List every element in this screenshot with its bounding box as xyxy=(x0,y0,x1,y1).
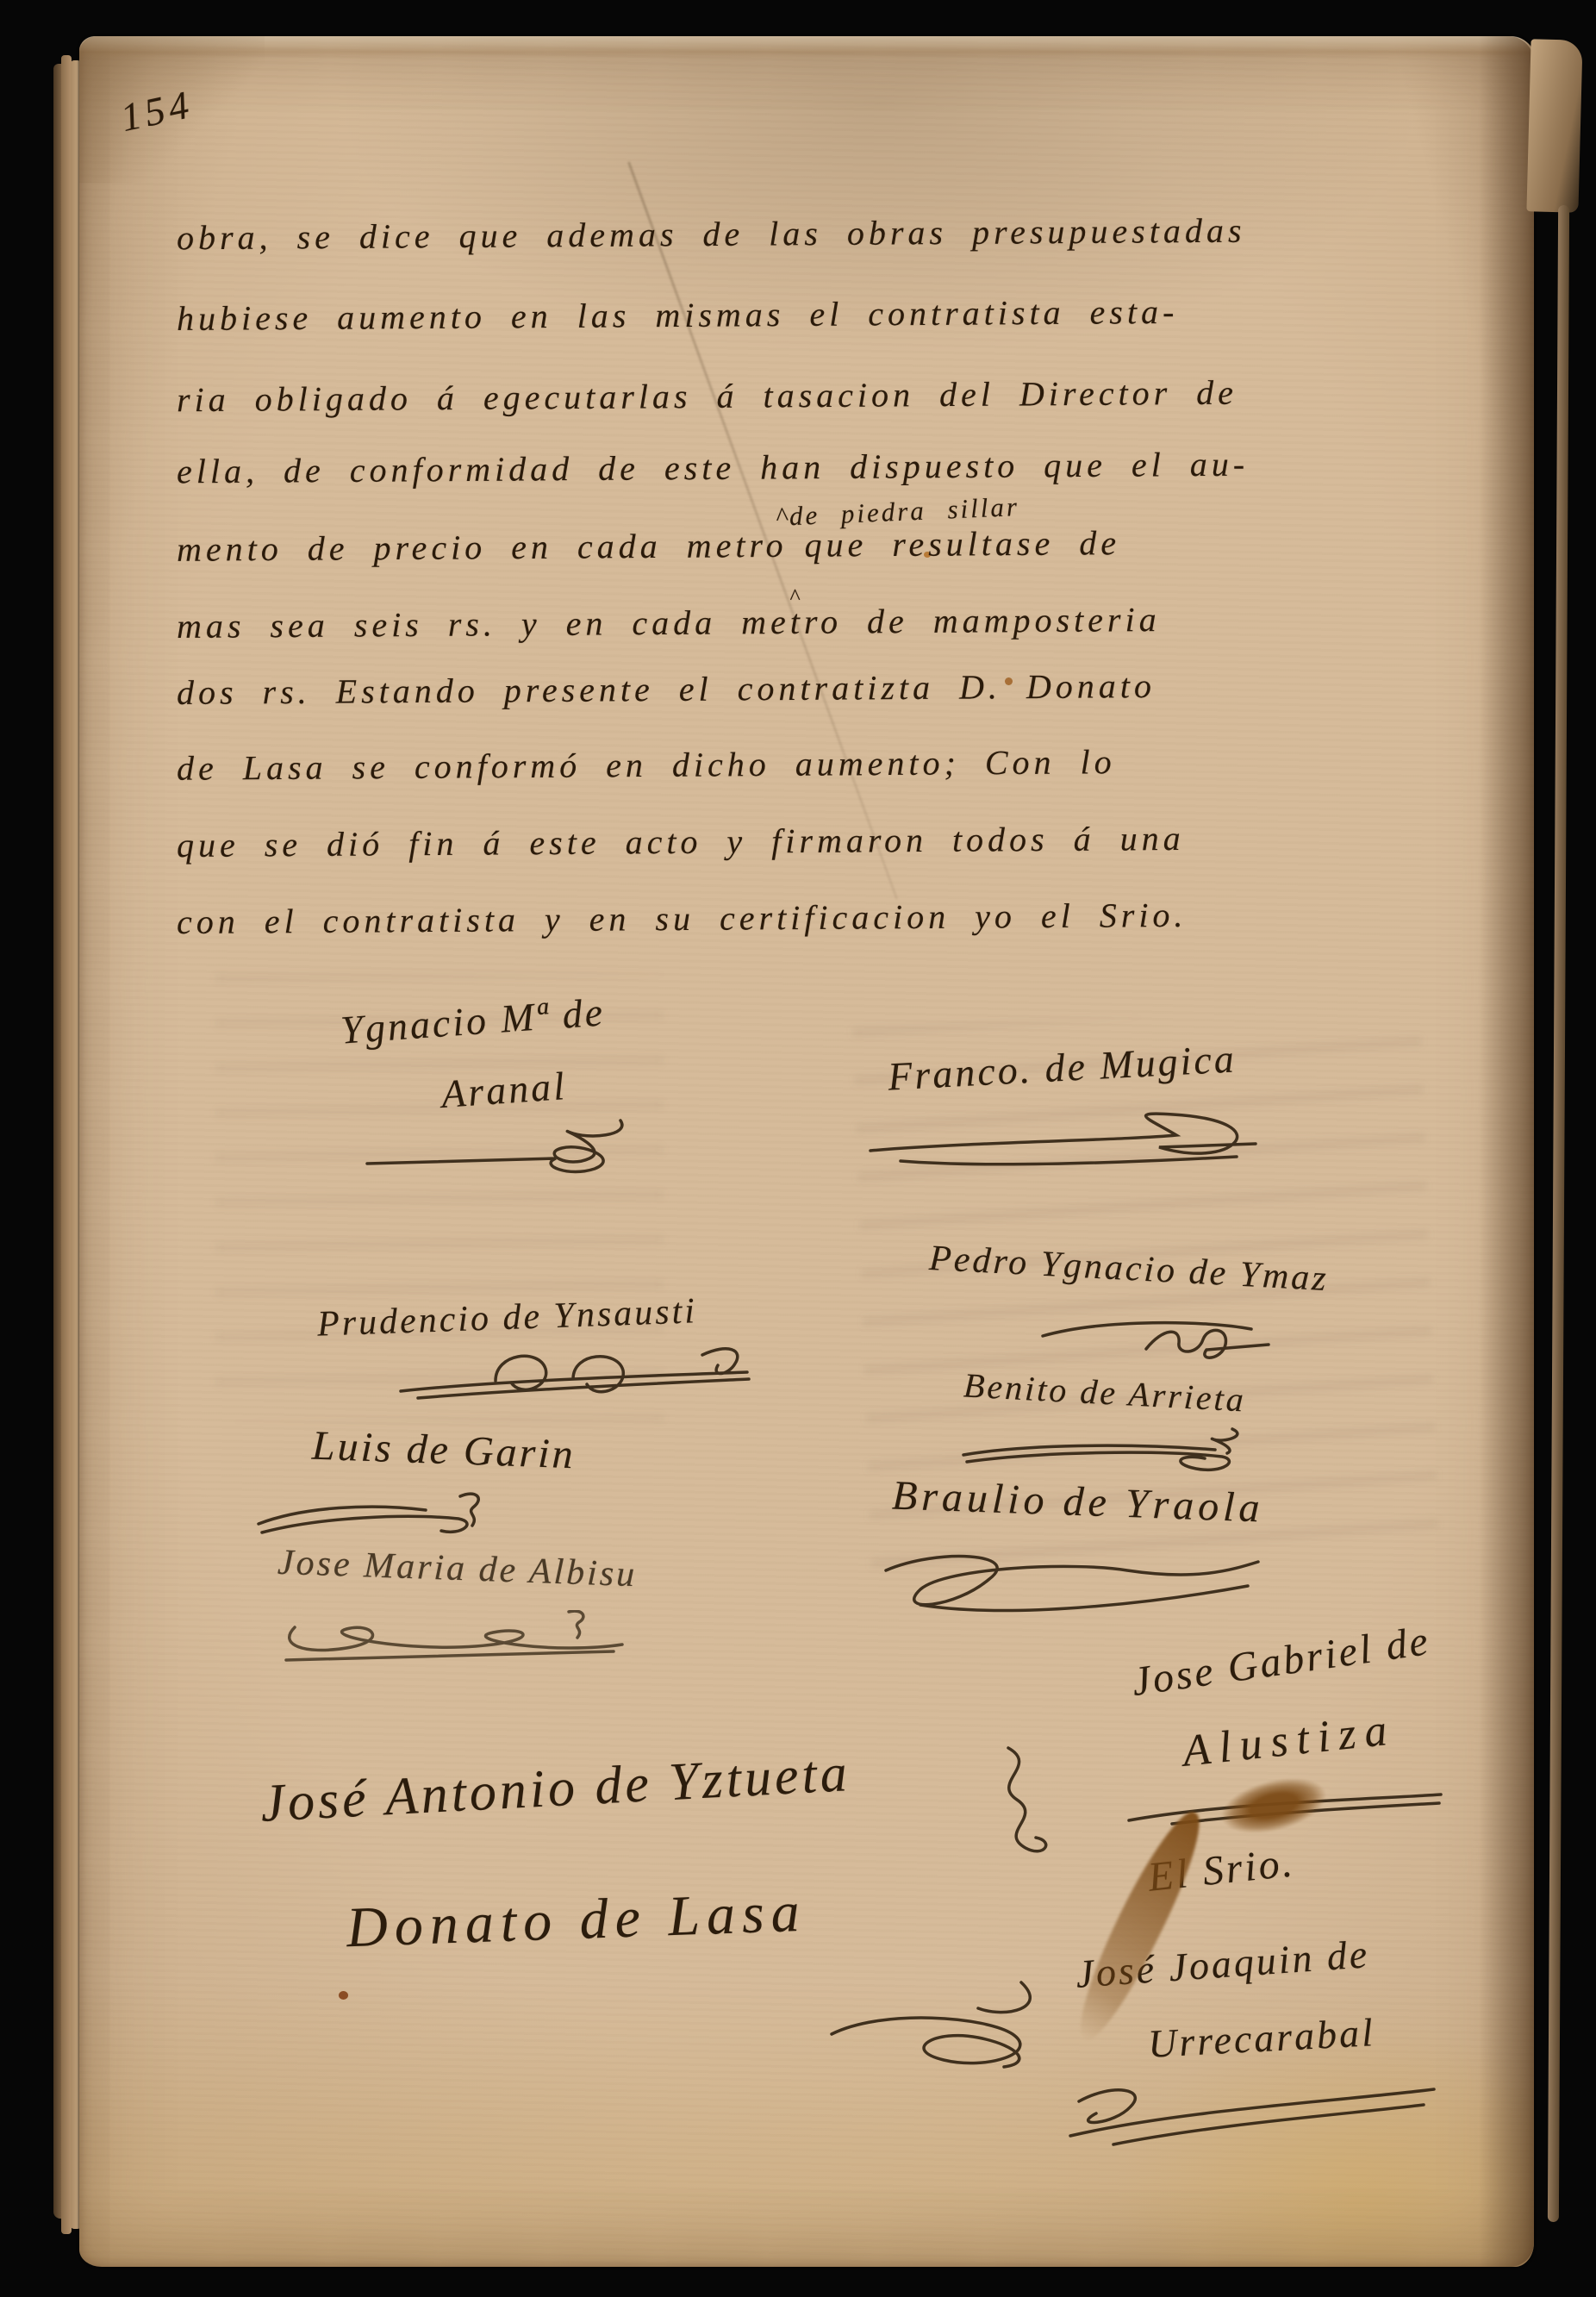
rubric-flourish-lasa xyxy=(814,1974,1047,2077)
rubric-flourish-aranal xyxy=(362,1114,629,1183)
next-page-edge-top xyxy=(1526,39,1582,213)
binding-gutter-shadow xyxy=(1479,36,1534,2267)
body-line-5: mento de precio en cada metro^de piedra … xyxy=(177,526,1120,567)
body-line-10: con el contratista y en su certificacion… xyxy=(177,898,1188,939)
photograph-background: { "document": { "page_number": "154", "l… xyxy=(0,0,1596,2297)
body-line-5-post: que resultase de xyxy=(804,523,1120,565)
rubric-flourish-urrecarabal xyxy=(1062,2075,1441,2153)
rubric-flourish-ymaz xyxy=(1034,1310,1275,1370)
body-line-1: obra, se dice que ademas de las obras pr… xyxy=(177,214,1246,256)
body-line-4: ella, de conformidad de este han dispues… xyxy=(177,447,1249,490)
paper-top-edge xyxy=(79,36,1534,59)
next-page-edge xyxy=(1548,205,1569,2222)
rubric-flourish-garin xyxy=(252,1489,493,1550)
rubric-flourish-albisu xyxy=(269,1610,631,1670)
body-line-8: de Lasa se conformó en dicho aumento; Co… xyxy=(177,745,1116,786)
ink-speck xyxy=(339,1991,348,2000)
body-line-5-pre: mento de precio en cada metro xyxy=(177,526,788,569)
insertion-caret: ^ xyxy=(775,501,790,532)
body-line-9: que se dió fin á este acto y firmaron to… xyxy=(177,821,1185,863)
body-line-6: mas sea seis rs. y en cada metro de mamp… xyxy=(177,602,1161,644)
body-line-7: dos rs. Estando presente el contratizta … xyxy=(177,669,1156,710)
body-line-2: hubiese aumento en las mismas el contrat… xyxy=(177,295,1179,336)
rubric-flourish-yztueta xyxy=(957,1741,1069,1862)
page-edges-left xyxy=(53,55,81,2239)
rubric-flourish-mugica xyxy=(866,1109,1262,1178)
rubric-flourish-yraola xyxy=(869,1545,1274,1622)
signature-aranal-line2: Aranal xyxy=(440,1063,568,1117)
body-line-3: ria obligado á egecutarlas á tasacion de… xyxy=(177,376,1238,418)
signature-garin: Luis de Garin xyxy=(311,1422,576,1479)
rubric-flourish-ynsausti xyxy=(392,1338,754,1415)
